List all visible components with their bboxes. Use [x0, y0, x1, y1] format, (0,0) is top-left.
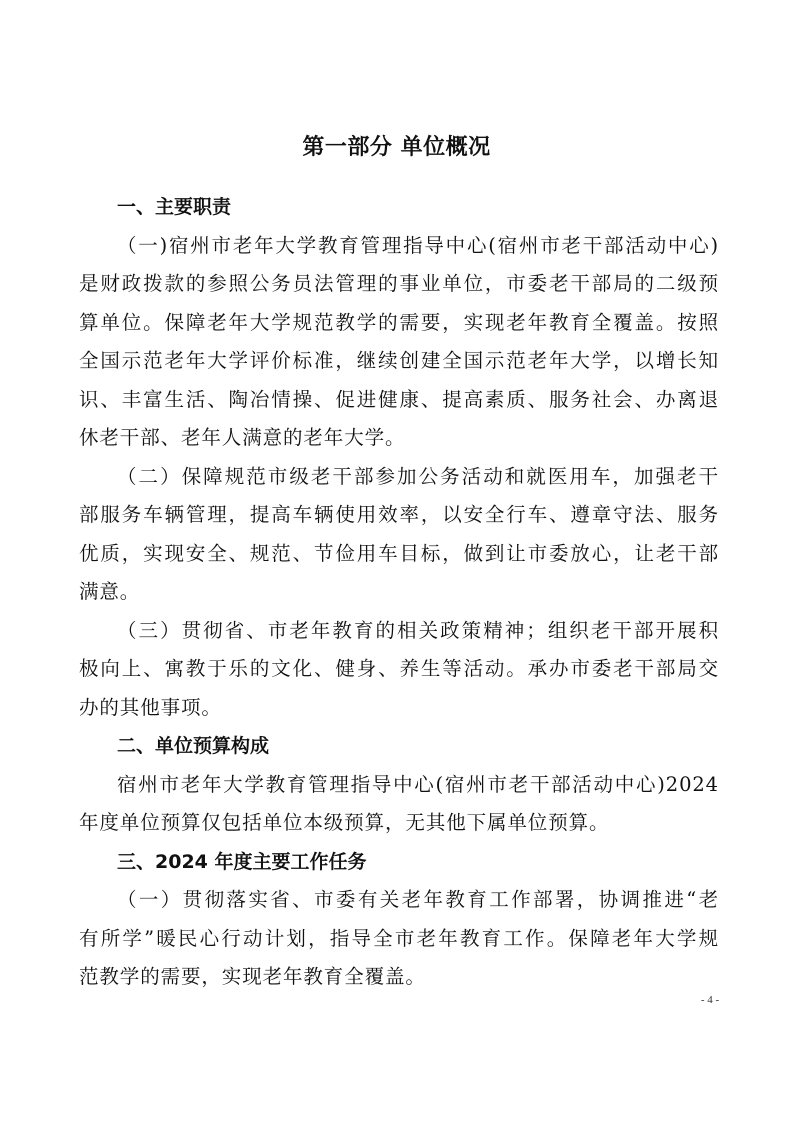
paragraph-duty-1: （一)宿州市老年大学教育管理指导中心(宿州市老干部活动中心) 是财政拨款的参照公… — [79, 227, 719, 458]
paragraph-duty-2: （二）保障规范市级老干部参加公务活动和就医用车，加强老干 部服务车辆管理，提高车… — [79, 458, 719, 612]
text-line: 宿州市老年大学教育管理指导中心(宿州市老干部活动中心)2024 — [79, 766, 719, 805]
page-title: 第一部分 单位概况 — [0, 133, 793, 163]
text-line: （二）保障规范市级老干部参加公务活动和就医用车，加强老干 — [79, 458, 719, 497]
text-line: 休老干部、老年人满意的老年大学。 — [79, 419, 719, 458]
text-line: 年度单位预算仅包括单位本级预算，无其他下属单位预算。 — [79, 804, 719, 843]
paragraph-budget-composition: 宿州市老年大学教育管理指导中心(宿州市老干部活动中心)2024 年度单位预算仅包… — [79, 766, 719, 843]
text-line: （一）贯彻落实省、市委有关老年教育工作部署，协调推进“老 — [79, 881, 719, 920]
page-number: - 4 - — [690, 994, 730, 1006]
text-line: 部服务车辆管理，提高车辆使用效率，以安全行车、遵章守法、服务 — [79, 496, 719, 535]
text-line: 是财政拨款的参照公务员法管理的事业单位，市委老干部局的二级预 — [79, 265, 719, 304]
text-line: （三）贯彻省、市老年教育的相关政策精神；组织老干部开展积 — [79, 612, 719, 651]
text-line: 优质，实现安全、规范、节俭用车目标，做到让市委放心，让老干部 — [79, 535, 719, 574]
section-heading-main-duties: 一、主要职责 — [79, 188, 719, 227]
text-line: 算单位。保障老年大学规范教学的需要，实现老年教育全覆盖。按照 — [79, 304, 719, 343]
text-line: 极向上、寓教于乐的文化、健身、养生等活动。承办市委老干部局交 — [79, 650, 719, 689]
paragraph-duty-3: （三）贯彻省、市老年教育的相关政策精神；组织老干部开展积 极向上、寓教于乐的文化… — [79, 612, 719, 728]
text-line: 办的其他事项。 — [79, 689, 719, 728]
section-heading-2024-tasks: 三、2024 年度主要工作任务 — [79, 843, 719, 882]
text-line: 满意。 — [79, 573, 719, 612]
paragraph-task-1: （一）贯彻落实省、市委有关老年教育工作部署，协调推进“老 有所学”暖民心行动计划… — [79, 881, 719, 997]
document-body: 一、主要职责 （一)宿州市老年大学教育管理指导中心(宿州市老干部活动中心) 是财… — [79, 188, 719, 997]
text-line: 识、丰富生活、陶冶情操、促进健康、提高素质、服务社会、办离退 — [79, 381, 719, 420]
section-heading-budget-composition: 二、单位预算构成 — [79, 727, 719, 766]
text-line: 有所学”暖民心行动计划，指导全市老年教育工作。保障老年大学规 — [79, 920, 719, 959]
text-line: （一)宿州市老年大学教育管理指导中心(宿州市老干部活动中心) — [79, 227, 719, 266]
text-line: 范教学的需要，实现老年教育全覆盖。 — [79, 958, 719, 997]
text-line: 全国示范老年大学评价标准，继续创建全国示范老年大学，以增长知 — [79, 342, 719, 381]
